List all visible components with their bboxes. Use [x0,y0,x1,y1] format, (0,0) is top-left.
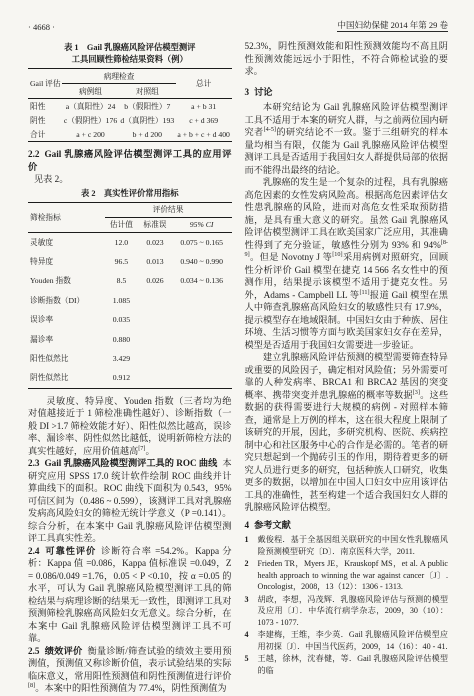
table2-cell: 0.034 ~ 0.136 [172,271,232,290]
table2-h-ci: 95% CI [172,217,232,232]
references-heading: 4参考文献 [245,519,449,532]
table2-cell [172,329,232,348]
table2-cell: 3.429 [105,349,139,368]
table1-cell: 阴性 [28,113,62,127]
list-item: 1 戴俊程．基于全基因组关联研究的中国女性乳腺癌风险预测模型研究〔D〕．南京医科… [245,534,449,557]
section-number: 2.2 [28,149,39,159]
right-column: 52.3%，阴性预测效能和阳性预测效能均不高且阴性预测效能远远小于阳性，不符合筛… [245,40,449,695]
table2-cell: 诊断指数（DI） [28,291,105,310]
table1-cell: c + d 369 [176,113,232,127]
table-row: 阴性 c（假阴性）176 d（真阴性）193 c + d 369 [28,113,232,127]
table1-h-gail: Gail 评估 [28,69,62,99]
table2-cell: 0.035 [105,310,139,329]
table1-cell: a（真阳性）24 [62,99,119,114]
table-row: 漏诊率 0.880 [28,329,232,348]
table1-h-case-group: 病例组 [62,84,119,99]
table1-cell: 阳性 [28,99,62,114]
table2-cell [138,310,172,329]
table2-cell: 0.013 [138,252,172,271]
section-number: 4 [245,520,250,530]
table-row: 阳性似然比 3.429 [28,349,232,368]
section-title: Gail 乳腺癌风险模型测评工具的 ROC 曲线 [44,458,217,468]
table1-title-line2: 工具回顾性筛检结果资料（例） [28,54,232,66]
table1-cell: a + b + c + d 400 [176,127,232,142]
table1-h-pathology-group: 病理检查 [62,69,176,84]
table2-h-estimate: 估计值 [105,217,139,232]
table-row: 阴性似然比 0.912 [28,368,232,388]
table1-cell: b + d 200 [119,127,176,142]
page-number: · 4668 · [28,22,55,32]
table2-title: 表 2 真实性评价常用指标 [28,188,232,200]
table2-cell: 灵敏度 [28,232,105,252]
table1-screening-results: Gail 评估 病理检查 总计 病例组 对照组 阳性 a（真阳性）24 b（假阳… [28,68,232,142]
table1-cell: a + b 31 [176,99,232,114]
table1-title: 表 1 Gail 乳腺癌风险评估模型测评 工具回顾性筛检结果资料（例） [28,42,232,66]
table-row: Youden 指数 8.5 0.026 0.034 ~ 0.136 [28,271,232,290]
table-row: 合计 a + c 200 b + d 200 a + b + c + d 400 [28,127,232,142]
table2-cell: 漏诊率 [28,329,105,348]
table-row: 诊断指数（DI） 1.085 [28,291,232,310]
table-row: 阳性 a（真阳性）24 b（假阳性）7 a + b 31 [28,99,232,114]
table2-cell [138,368,172,388]
table2-cell [138,291,172,310]
reference-text: 胡政，李想，冯茂辉．乳腺癌风险评估与预测的模型及应用〔J〕．中华流行病学杂志，2… [258,594,449,629]
reference-number: 3 [245,594,258,629]
section-title: 可靠性评价 [44,546,96,556]
table1-cell: b（假阳性）7 [119,99,176,114]
section-number: 3 [245,87,250,97]
table2-cell: 特异度 [28,252,105,271]
reference-text: 王越，徐林，沈春健，等．Gail 乳腺癌风险评估模型的临 [258,653,449,676]
table2-cell: 0.880 [105,329,139,348]
table2-cell: 0.940 ~ 0.990 [172,252,232,271]
section-title: Gail 乳腺癌风险评估模型测评工具的应用评价 [28,149,232,172]
table2-cell: 96.5 [105,252,139,271]
table-row: 特异度 96.5 0.013 0.940 ~ 0.990 [28,252,232,271]
table2-cell [172,368,232,388]
discussion-paragraph-3: 建立乳腺癌风险评估预测的模型需要筛查特异或重要的风险因子，确定相对风险值；另外需… [245,351,449,514]
table2-cell: 0.912 [105,368,139,388]
left-column: 表 1 Gail 乳腺癌风险评估模型测评 工具回顾性筛检结果资料（例） Gail… [28,40,232,695]
table2-h-se: 标准误 [138,217,172,232]
table2-h-indicator: 筛检指标 [28,202,105,232]
table2-cell [138,349,172,368]
table2-cell: 8.5 [105,271,139,290]
section-2-2-heading: 2.2Gail 乳腺癌风险评估模型测评工具的应用评价 [28,148,232,173]
reference-text: 戴俊程．基于全基因组关联研究的中国女性乳腺癌风险预测模型研究〔D〕．南京医科大学… [258,534,449,557]
reference-number: 2 [245,558,258,593]
table2-cell: 0.075 ~ 0.165 [172,232,232,252]
section-title: 绩效评价 [44,646,82,656]
section-title: 讨论 [254,87,272,97]
table2-cell [138,329,172,348]
reference-number: 5 [245,653,258,676]
reference-text: Frieden TR，Myers JE，Krauskopf MS，et al. … [258,558,449,593]
paragraph-continuation: 52.3%，阴性预测效能和阳性预测效能均不高且阴性预测效能远远小于阳性，不符合筛… [245,40,449,78]
discussion-heading: 3讨论 [245,86,449,99]
table2-cell [172,349,232,368]
table2-cell: 0.026 [138,271,172,290]
reference-text: 李建梅，王维，李少英．Gail 乳腺癌风险评估模型应用初探〔J〕．中国当代医药，… [258,629,449,652]
table-row: 灵敏度 12.0 0.023 0.075 ~ 0.165 [28,232,232,252]
table2-cell [172,291,232,310]
table2-h-result-group: 评价结果 [105,202,232,217]
section-2-5: 2.5绩效评价衡量诊断/筛查试验的绩效主要用预测值，预测值又称诊断价值，表示试验… [28,645,232,695]
list-item: 4 李建梅，王维，李少英．Gail 乳腺癌风险评估模型应用初探〔J〕．中国当代医… [245,629,449,652]
section-number: 2.3 [28,458,39,468]
list-item: 3 胡政，李想，冯茂辉．乳腺癌风险评估与预测的模型及应用〔J〕．中华流行病学杂志… [245,594,449,629]
journal-title: 中国妇幼保健 2014 年第 29 卷 [337,20,448,32]
table-row: 误诊率 0.035 [28,310,232,329]
table1-cell: 合计 [28,127,62,142]
table2-cell: 误诊率 [28,310,105,329]
section-2-4: 2.4可靠性评价诊断符合率 =54.2%。Kappa 分析：Kappa 值 =0… [28,545,232,645]
two-column-layout: 表 1 Gail 乳腺癌风险评估模型测评 工具回顾性筛检结果资料（例） Gail… [28,40,448,695]
discussion-paragraph-1: 本研究结论为 Gail 乳腺癌风险评估模型测评工具不适用于本案的研究人群，与之前… [245,101,449,176]
section-title: 参考文献 [254,520,291,530]
table2-validity-indicators: 筛检指标 评价结果 估计值 标准误 95% CI 灵敏度 12.0 0.023 … [28,202,232,389]
table2-cell: 1.085 [105,291,139,310]
table2-cell [172,310,232,329]
table2-cell: 阳性似然比 [28,349,105,368]
table2-cell: 0.023 [138,232,172,252]
table1-cell: c（假阴性）176 [62,113,119,127]
section-body: 本研究应用 SPSS 17.0 统计软件绘制 ROC 曲线并计算曲线下的面积。R… [28,458,232,543]
table1-h-total: 总计 [176,69,232,99]
list-item: 2 Frieden TR，Myers JE，Krauskopf MS，et al… [245,558,449,593]
list-item: 5 王越，徐林，沈春健，等．Gail 乳腺癌风险评估模型的临 [245,653,449,676]
running-head: · 4668 · 中国妇幼保健 2014 年第 29 卷 [28,20,448,32]
section-2-3: 2.3Gail 乳腺癌风险模型测评工具的 ROC 曲线本研究应用 SPSS 17… [28,457,232,545]
section-2-2-body: 见表 2。 [28,173,232,186]
reference-number: 1 [245,534,258,557]
table2-cell: Youden 指数 [28,271,105,290]
reference-number: 4 [245,629,258,652]
paragraph-truth-evaluation: 灵敏度、特异度、Youden 指数（三者均为绝对值越接近于 1 筛检准确性越好）… [28,395,232,458]
table1-cell: a + c 200 [62,127,119,142]
journal-page: · 4668 · 中国妇幼保健 2014 年第 29 卷 表 1 Gail 乳腺… [0,0,474,696]
table1-cell: d（真阴性）193 [119,113,176,127]
section-body: 诊断符合率 =54.2%。Kappa 分析：Kappa 值 =0.086，Kap… [28,546,232,644]
reference-list: 1 戴俊程．基于全基因组关联研究的中国女性乳腺癌风险预测模型研究〔D〕．南京医科… [245,534,449,676]
section-number: 2.4 [28,546,39,556]
discussion-paragraph-2: 乳腺癌的发生是一个复杂的过程，具有乳腺癌高危因素的女性发病风险高。根据高危因素评… [245,176,449,351]
table1-title-line1: 表 1 Gail 乳腺癌风险评估模型测评 [28,42,232,54]
table1-h-control-group: 对照组 [119,84,176,99]
table2-cell: 12.0 [105,232,139,252]
table2-cell: 阴性似然比 [28,368,105,388]
section-number: 2.5 [28,646,39,656]
